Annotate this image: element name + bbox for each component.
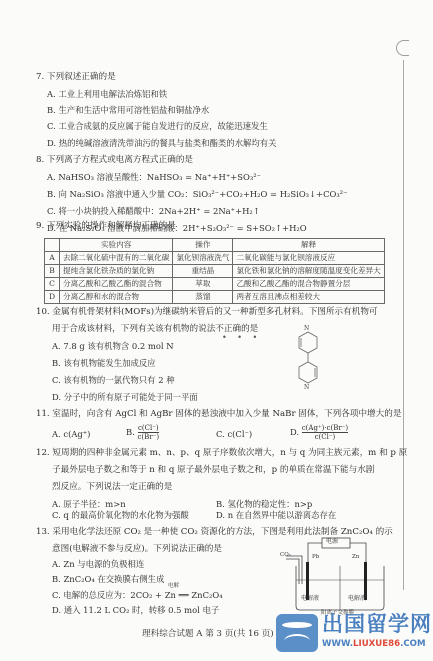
- q11-option-d: D. c(Ag⁺)·c(Br⁻) c(Cl⁻): [290, 424, 348, 441]
- table-cell: 氯化钡溶液洗气: [173, 252, 233, 265]
- q10-option-a: A. 7.8 g 该有机物含 0.2 mol N: [52, 342, 174, 350]
- q12-stem-line3: 烈反应。下列说法一定正确的是: [52, 483, 172, 492]
- page-footer: 理科综合试题 A 第 3 页(共 16 页): [142, 630, 274, 639]
- pb-electrode-label: Pb: [312, 555, 319, 561]
- numerator: c(Ag⁺)·c(Br⁻): [302, 424, 348, 433]
- table-cell: 去除二氧化硫中混有的二氧化碳: [60, 252, 173, 265]
- table-cell: B: [45, 265, 60, 278]
- q13-stem-line2: 意图(电解液不参与反应)。下列说法正确的是: [52, 545, 222, 554]
- q9-experiment-table: 实验内容 操作 解释 A 去除二氧化硫中混有的二氧化碳 氯化钡溶液洗气 二氧化碳…: [44, 238, 385, 304]
- table-row: D 分离乙醇和水的混合物 蒸馏 两者互溶且沸点相差较大: [45, 291, 385, 304]
- zn-electrode-label: Zn: [352, 555, 359, 561]
- q7-option-d: D. 热的纯碱溶液清洗带油污的餐具与盐类和酯类的水解均有关: [47, 139, 277, 147]
- table-cell: A: [45, 252, 60, 265]
- option-label: A.: [52, 429, 61, 439]
- electrolysis-condition: 电解: [168, 584, 179, 590]
- table-header-cell: [45, 239, 60, 252]
- table-cell: 两者互溶且沸点相差较大: [233, 291, 384, 304]
- table-cell: 萃取: [173, 278, 233, 291]
- denominator: c(Br⁻): [138, 433, 160, 441]
- table-cell: 分离乙酸和乙酸乙酯的混合物: [60, 278, 173, 291]
- url-suffix: .COM: [400, 639, 425, 649]
- q11-option-b: B. c(Cl⁻) c(Br⁻): [126, 424, 159, 441]
- q10-option-c: C. 该有机物的一氯代物只有 2 种: [52, 376, 175, 384]
- table-row: A 去除二氧化硫中混有的二氧化碳 氯化钡溶液洗气 二氧化碳能与氯化钡溶液反应: [45, 252, 385, 265]
- table-cell: 乙酸和乙酸乙酯的混合物静置分层: [233, 278, 384, 291]
- page-corner-mark: [396, 40, 409, 56]
- emphasis-dots: • • •: [222, 334, 261, 342]
- table-cell: 氯化铁和氯化钠的溶解度随温度变化差异大: [233, 265, 384, 278]
- table-cell: C: [45, 278, 60, 291]
- table-header-cell: 实验内容: [60, 239, 173, 252]
- watermark-url: WWW.LIUXUE86.COM: [322, 640, 426, 649]
- numerator: c(Cl⁻): [138, 424, 160, 433]
- q7-option-b: B. 生产和生活中常用可溶性铝盐和铜盐净水: [47, 106, 209, 114]
- option-expression: c(Cl⁻): [227, 429, 252, 439]
- option-label: C.: [216, 429, 225, 439]
- watermark-title: 出国留学网: [322, 614, 432, 635]
- option-label: D.: [290, 427, 299, 437]
- fraction: c(Ag⁺)·c(Br⁻) c(Cl⁻): [302, 424, 348, 441]
- table-row: C 分离乙酸和乙酸乙酯的混合物 萃取 乙酸和乙酸乙酯的混合物静置分层: [45, 278, 385, 291]
- table-cell: 二氧化碳能与氯化钡溶液反应: [233, 252, 384, 265]
- table-cell: 重结晶: [173, 265, 233, 278]
- q7-option-a: A. 工业上利用电解法冶炼铝和铁: [47, 90, 167, 98]
- q12-option-a: A. 原子半径：m>n: [52, 500, 126, 508]
- structure-n-top: N: [304, 326, 309, 332]
- denominator: c(Cl⁻): [302, 433, 348, 441]
- q8-option-c: C. 将一小块钠投入稀醋酸中：2Na+2H⁺ = 2Na⁺+H₂↑: [47, 207, 260, 215]
- q8-stem: 8. 下列离子方程式或电离方程式正确的是: [36, 156, 193, 165]
- q7-stem: 7. 下列叙述正确的是: [36, 73, 116, 82]
- right-electrolyte-label: 电解液: [348, 596, 366, 602]
- watermark-logo-icon: [276, 614, 318, 652]
- q11-option-a: A. c(Ag⁺): [52, 430, 90, 438]
- table-header-cell: 解释: [233, 239, 384, 252]
- q9-stem: 9. 下列实验的操作和解释均正确的是: [36, 222, 176, 231]
- table-cell: 蒸馏: [173, 291, 233, 304]
- table-cell: 提纯含氯化铁杂质的氯化钠: [60, 265, 173, 278]
- q11-option-c: C. c(Cl⁻): [216, 430, 252, 438]
- table-cell: 分离乙醇和水的混合物: [60, 291, 173, 304]
- table-header-row: 实验内容 操作 解释: [45, 239, 385, 252]
- q7-option-c: C. 工业合成氨的反应属于能自发进行的反应，故能迅速发生: [47, 122, 268, 130]
- left-electrolyte-label: 电解液: [301, 596, 319, 602]
- q13-option-d: D. 通入 11.2 L CO₂ 时，转移 0.5 mol 电子: [52, 606, 219, 614]
- q12-stem-line1: 12. 短周期的四种非金属元素 m、n、p、q 原子序数依次增大，n 与 q 为…: [36, 449, 407, 458]
- url-prefix: WWW.: [322, 639, 353, 649]
- q13-option-b: B. ZnC₂O₄ 在交换膜右侧生成: [52, 575, 164, 583]
- q10-option-d: D. 分子中的所有原子可能处于同一平面: [52, 393, 198, 401]
- option-expression: c(Ag⁺): [63, 429, 90, 439]
- power-source-label: 电源: [326, 539, 338, 545]
- co2-inlet-label: CO₂: [280, 553, 291, 559]
- q12-stem-line2: 子最外层电子数之和等于 n 和 q 原子最外层电子数之和，p 的单质在常温下能与…: [52, 466, 374, 475]
- q13-option-c: C. 电解的总反应为：2CO₂ + Zn ══ ZnC₂O₄: [52, 591, 223, 599]
- url-highlight: LIUXUE86: [353, 639, 400, 649]
- page-right-margin-line: [403, 60, 404, 590]
- q12-option-c: C. q 的最高价氧化物的水化物为强酸: [52, 511, 189, 519]
- q12-option-b: B. 氢化物的稳定性：n>p: [216, 500, 312, 508]
- fraction: c(Cl⁻) c(Br⁻): [138, 424, 160, 441]
- q11-stem: 11. 室温时，向含有 AgCl 和 AgBr 固体的悬浊液中加入少量 NaBr…: [36, 410, 401, 419]
- structure-n-bottom: N: [304, 385, 309, 391]
- electrolysis-cell-diagram: [284, 534, 394, 614]
- table-cell: D: [45, 291, 60, 304]
- q10-option-b: B. 该有机物能发生加成反应: [52, 359, 156, 367]
- q8-option-a: A. NaHSO₃ 溶液呈酸性：NaHSO₃ = Na⁺+H⁺+SO₃²⁻: [47, 173, 261, 181]
- q10-stem-line1: 10. 金属有机骨架材料(MOFs)为继碳纳米管后的又一种新型多孔材料。下图所示…: [36, 308, 378, 317]
- option-label: B.: [126, 427, 135, 437]
- q12-option-d: D. n 在自然界中能以游离态存在: [216, 511, 336, 519]
- table-header-cell: 操作: [173, 239, 233, 252]
- q8-option-b: B. 向 Na₂SiO₃ 溶液中通入少量 CO₂：SiO₃²⁻+CO₂+H₂O …: [47, 190, 348, 198]
- q13-option-a: A. Zn 与电源的负极相连: [52, 560, 144, 568]
- table-row: B 提纯含氯化铁杂质的氯化钠 重结晶 氯化铁和氯化钠的溶解度随温度变化差异大: [45, 265, 385, 278]
